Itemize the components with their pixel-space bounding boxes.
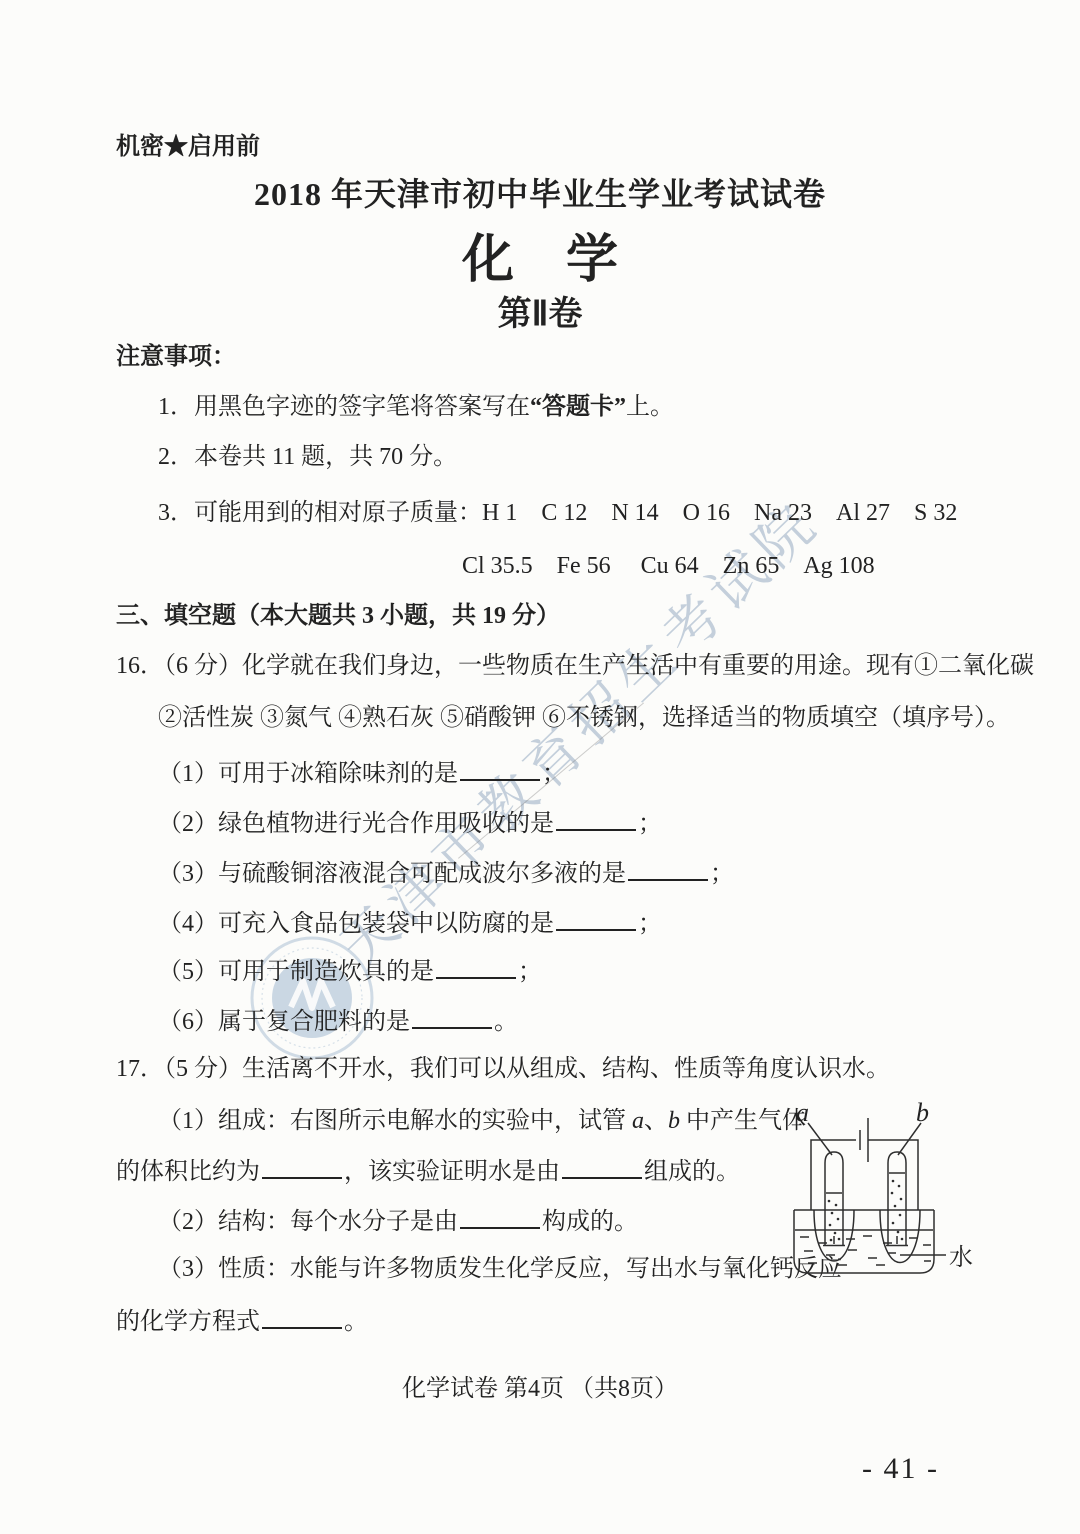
subject-title: 化 学: [0, 228, 1080, 293]
tube-a-ref: a: [632, 1108, 644, 1134]
question-17-line-1: 17．（5 分）生活离不开水，我们可以从组成、结构、性质等角度认识水。: [116, 1054, 890, 1084]
electrolysis-diagram: a b: [788, 1093, 988, 1293]
tank-water-dashes: [800, 1236, 931, 1265]
circuit-wire-left: [811, 1140, 856, 1210]
page-number: - 41 -: [862, 1450, 939, 1488]
volume-title: 第Ⅱ卷: [0, 294, 1080, 337]
answer-blank: [436, 954, 516, 979]
answer-blank: [556, 906, 636, 931]
question-16-line-1: 16．（6 分）化学就在我们身边，一些物质在生产生活中有重要的用途。现有①二氧化…: [116, 651, 1034, 681]
exam-title: 2018 年天津市初中毕业生学业考试试卷: [0, 174, 1080, 214]
question-16-item-6-text: （6）属于复合肥料的是: [158, 1009, 410, 1035]
question-16-item-3-text: （3）与硫酸铜溶液混合可配成波尔多液的是: [158, 861, 626, 887]
notice-heading: 注意事项：: [116, 342, 236, 372]
question-17-sub-1-l2-pre: 的体积比约为: [116, 1159, 260, 1185]
test-tube-a: [825, 1152, 843, 1245]
answer-blank: [460, 1204, 540, 1229]
answer-blank: [628, 856, 708, 881]
confidential-label: 机密★启用前: [116, 132, 260, 162]
question-16-item-4-text: （4）可充入食品包装袋中以防腐的是: [158, 911, 554, 937]
circuit-wire-right: [868, 1140, 918, 1210]
water-label: 水: [949, 1244, 973, 1271]
notice-item-2: 2．本卷共 11 题，共 70 分。: [158, 442, 457, 472]
question-16-item-6-tail: 。: [494, 1009, 518, 1035]
question-17-sub-1-l2-post: 组成的。: [644, 1159, 740, 1185]
question-17-sub-3-l2-post: 。: [344, 1309, 368, 1335]
question-16-line-2: ②活性炭 ③氮气 ④熟石灰 ⑤硝酸钾 ⑥不锈钢，选择适当的物质填空（填序号）。: [158, 703, 1010, 733]
notice-item-1-pre: 1．用黑色字迹的签字笔将答案写在: [158, 394, 530, 420]
question-17-sub-1-line-1: （1）组成：右图所示电解水的实验中，试管 a、b 中产生气体: [158, 1106, 806, 1136]
answer-blank: [460, 756, 540, 781]
answer-blank: [562, 1154, 642, 1179]
question-17-sub-2-post: 构成的。: [542, 1209, 638, 1235]
answer-blank: [262, 1304, 342, 1329]
question-16-item-2-tail: ；: [638, 811, 662, 837]
question-17-sub-3-l2-pre: 的化学方程式: [116, 1309, 260, 1335]
exam-paper-page: 天津市教育招生考试院 机密★启用前 2018 年天津市初中毕业生学业考试试卷 化…: [0, 0, 1080, 1534]
answer-blank: [412, 1004, 492, 1029]
question-16-item-5: （5）可用于制造炊具的是；: [158, 954, 542, 987]
tube-b-ref: b: [668, 1108, 680, 1134]
question-16-item-1-text: （1）可用于冰箱除味剂的是: [158, 761, 458, 787]
tube-sep: 、: [644, 1108, 668, 1134]
question-16-item-1-tail: ；: [542, 761, 566, 787]
question-16-item-5-tail: ；: [518, 959, 542, 985]
atomic-masses-row-2: Cl 35.5 Fe 56 Cu 64 Zn 65 Ag 108: [462, 551, 875, 581]
page-footer: 化学试卷 第4页 （共8页）: [0, 1374, 1080, 1404]
document-content: 机密★启用前 2018 年天津市初中毕业生学业考试试卷 化 学 第Ⅱ卷 注意事项…: [0, 0, 1080, 1534]
support-curve-a: [814, 1210, 854, 1261]
question-16-item-1: （1）可用于冰箱除味剂的是；: [158, 756, 566, 789]
question-17-sub-1-l2-mid: ，该实验证明水是由: [344, 1159, 560, 1185]
question-17-sub-1-pre: （1）组成：右图所示电解水的实验中，试管: [158, 1108, 632, 1134]
question-17-sub-1-line-2: 的体积比约为，该实验证明水是由组成的。: [116, 1154, 740, 1187]
notice-item-3-atomic-masses: 3．可能用到的相对原子质量：H 1 C 12 N 14 O 16 Na 23 A…: [158, 498, 957, 528]
question-17-sub-3-line-1: （3）性质：水能与许多物质发生化学反应，写出水与氧化钙反应: [158, 1254, 842, 1284]
notice-item-1: 1．用黑色字迹的签字笔将答案写在“答题卡”上。: [158, 392, 674, 422]
answer-blank: [262, 1154, 342, 1179]
notice-item-1-answer-card: “答题卡”: [530, 394, 626, 420]
tube-a-label: a: [796, 1098, 809, 1127]
question-16-item-5-text: （5）可用于制造炊具的是: [158, 959, 434, 985]
question-16-item-4: （4）可充入食品包装袋中以防腐的是；: [158, 906, 662, 939]
answer-blank: [556, 806, 636, 831]
question-16-item-3-tail: ；: [710, 861, 734, 887]
test-tube-b: [888, 1152, 906, 1245]
tube-a-bubbles: [828, 1200, 841, 1242]
tube-b-label: b: [916, 1098, 929, 1127]
section-heading: 三、填空题（本大题共 3 小题，共 19 分）: [116, 601, 560, 631]
question-16-item-4-tail: ；: [638, 911, 662, 937]
question-16-item-2-text: （2）绿色植物进行光合作用吸收的是: [158, 811, 554, 837]
question-16-item-3: （3）与硫酸铜溶液混合可配成波尔多液的是；: [158, 856, 734, 889]
question-17-sub-2: （2）结构：每个水分子是由构成的。: [158, 1204, 638, 1237]
question-16-item-6: （6）属于复合肥料的是。: [158, 1004, 518, 1037]
question-17-sub-2-pre: （2）结构：每个水分子是由: [158, 1209, 458, 1235]
question-16-item-2: （2）绿色植物进行光合作用吸收的是；: [158, 806, 662, 839]
notice-item-1-post: 上。: [626, 394, 674, 420]
question-17-sub-3-line-2: 的化学方程式。: [116, 1304, 368, 1337]
